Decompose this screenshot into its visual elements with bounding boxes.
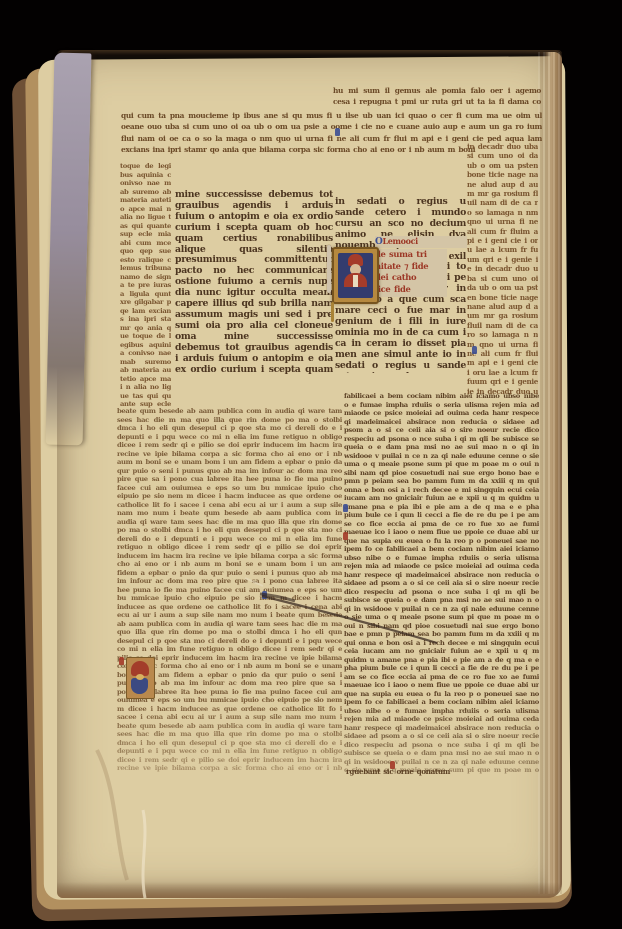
rubric-line: nitate ⁊ fide [375,261,447,273]
red-rubric: de suma tri nitate ⁊ fide dei catho lice… [375,249,447,297]
page-top-edge [57,50,562,55]
initial-blue-lobe [131,678,148,694]
crozier-staff [327,245,331,293]
lower-right-gloss-block: fabilicaei a bem cociam nibim aiei iciam… [344,392,539,774]
main-text-left-column: mine successisse debemus tot grauibus ag… [175,190,333,374]
historiated-initial-pope [332,247,379,304]
lower-left-gloss-block: beate qum besede ab aam publica com in a… [117,407,342,773]
chapter-word: Lemooci [383,236,418,246]
initial-blue-field [338,253,373,298]
pallium-band [353,275,358,287]
rubric-line: dei catho [375,272,447,284]
top-gloss-right-block: hu mi sum il gemus ale pomia falo oer i … [333,85,541,110]
blue-initial-glyph: O [375,237,383,247]
rubric-line: lice fide [375,284,447,296]
manuscript-photo: hu mi sum il gemus ale pomia falo oer i … [0,0,622,929]
initial-gold-tail [331,302,334,322]
left-margin-gloss-column: toque de legibus aquinia conivso nae mab… [120,162,171,409]
decorated-initial [126,657,155,699]
page-bottom-edge [57,882,562,898]
initial-gold-knot [136,674,144,680]
page-right-edge [538,52,562,894]
rubric-line: de suma tri [375,249,447,261]
final-gloss-line: rguebant sic orne qonatum [346,767,486,778]
manuscript-page: hu mi sum il gemus ale pomia falo oer i … [57,50,562,898]
chapter-marker-line: OLemooci [375,236,467,248]
right-margin-gloss-column: in decadr duo uba si cum uno oi da ub o … [467,142,538,394]
